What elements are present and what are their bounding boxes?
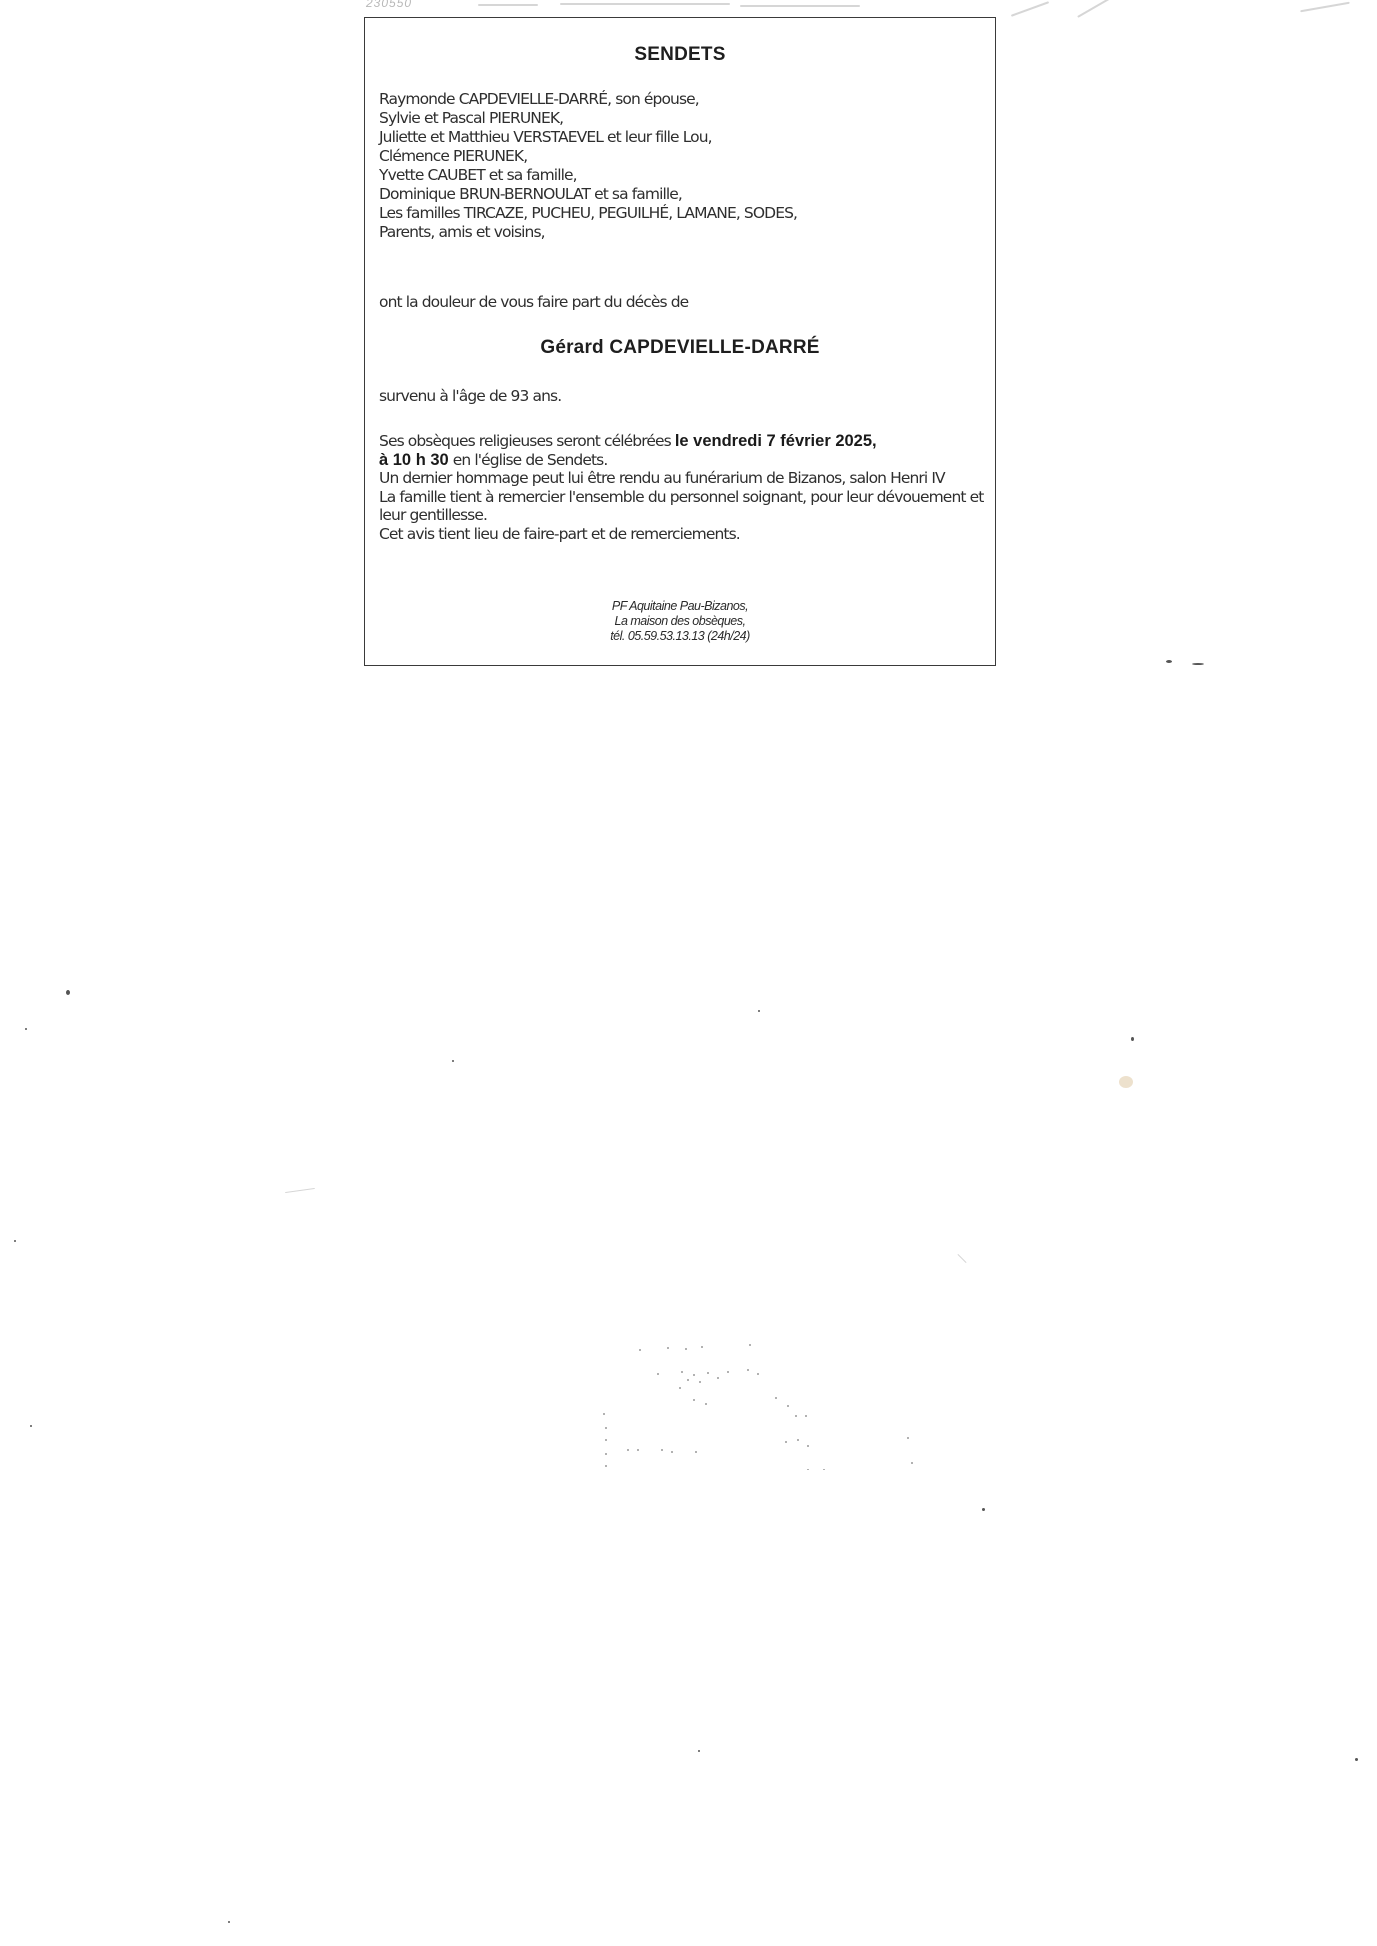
funeral-location: en l'église de Sendets. [449,451,608,469]
scan-speck [1355,1758,1358,1761]
funeral-time: à 10 h 30 [379,451,449,469]
family-line: Les familles TIRCAZE, PUCHEU, PEGUILHÉ, … [379,204,797,223]
scan-artifact [1011,1,1049,17]
funeral-home-phone: tél. 05.59.53.13.13 (24h/24) [365,629,995,644]
tribute-paragraph: Un dernier hommage peut lui être rendu a… [379,469,984,488]
scan-artifact [957,1254,966,1263]
family-line: Dominique BRUN-BERNOULAT et sa famille, [379,185,797,204]
notice-note: Cet avis tient lieu de faire-part et de … [379,525,984,544]
scan-speck [1166,660,1172,663]
faded-stamp-residue [590,1320,930,1470]
obituary-notice: SENDETS Raymonde CAPDEVIELLE-DARRÉ, son … [364,17,996,666]
family-list: Raymonde CAPDEVIELLE-DARRÉ, son épouse, … [379,90,797,242]
thanks-paragraph: La famille tient à remercier l'ensemble … [379,488,984,525]
age-line: survenu à l'âge de 93 ans. [379,387,561,405]
scan-speck [982,1508,985,1511]
scan-artifact [560,3,730,5]
funeral-home-signature: PF Aquitaine Pau-Bizanos, La maison des … [365,599,995,644]
scan-speck [228,1921,230,1923]
scan-speck [30,1425,32,1427]
family-line: Raymonde CAPDEVIELLE-DARRÉ, son épouse, [379,90,797,109]
scan-speck [1192,663,1204,665]
scan-speck [1131,1037,1134,1041]
scan-speck [14,1240,16,1242]
announcement-text: ont la douleur de vous faire part du déc… [379,293,688,311]
family-line: Sylvie et Pascal PIERUNEK, [379,109,797,128]
scan-stain [1119,1076,1133,1088]
funeral-details: Ses obsèques religieuses seront célébrée… [379,432,984,543]
funeral-paragraph: Ses obsèques religieuses seront célébrée… [379,432,984,469]
deceased-name: Gérard CAPDEVIELLE-DARRÉ [365,337,995,359]
funeral-home-tagline: La maison des obsèques, [365,614,995,629]
scan-speck [758,1010,760,1012]
funeral-date: le vendredi 7 février 2025, [675,432,877,450]
family-line: Yvette CAUBET et sa famille, [379,166,797,185]
notice-title: SENDETS [365,44,995,66]
scan-speck [452,1060,454,1062]
scan-artifact [1300,2,1350,13]
funeral-home-name: PF Aquitaine Pau-Bizanos, [365,599,995,614]
scan-speck [698,1750,700,1752]
reference-number: 230550 [366,0,412,10]
scan-artifact [740,5,860,7]
family-line: Parents, amis et voisins, [379,223,797,242]
scan-artifact [285,1188,315,1193]
scan-speck [25,1028,27,1030]
funeral-intro: Ses obsèques religieuses seront célébrée… [379,432,675,450]
scan-artifact [1077,0,1113,18]
scan-speck [66,990,70,995]
family-line: Juliette et Matthieu VERSTAEVEL et leur … [379,128,797,147]
scan-artifact [478,4,538,6]
family-line: Clémence PIERUNEK, [379,147,797,166]
